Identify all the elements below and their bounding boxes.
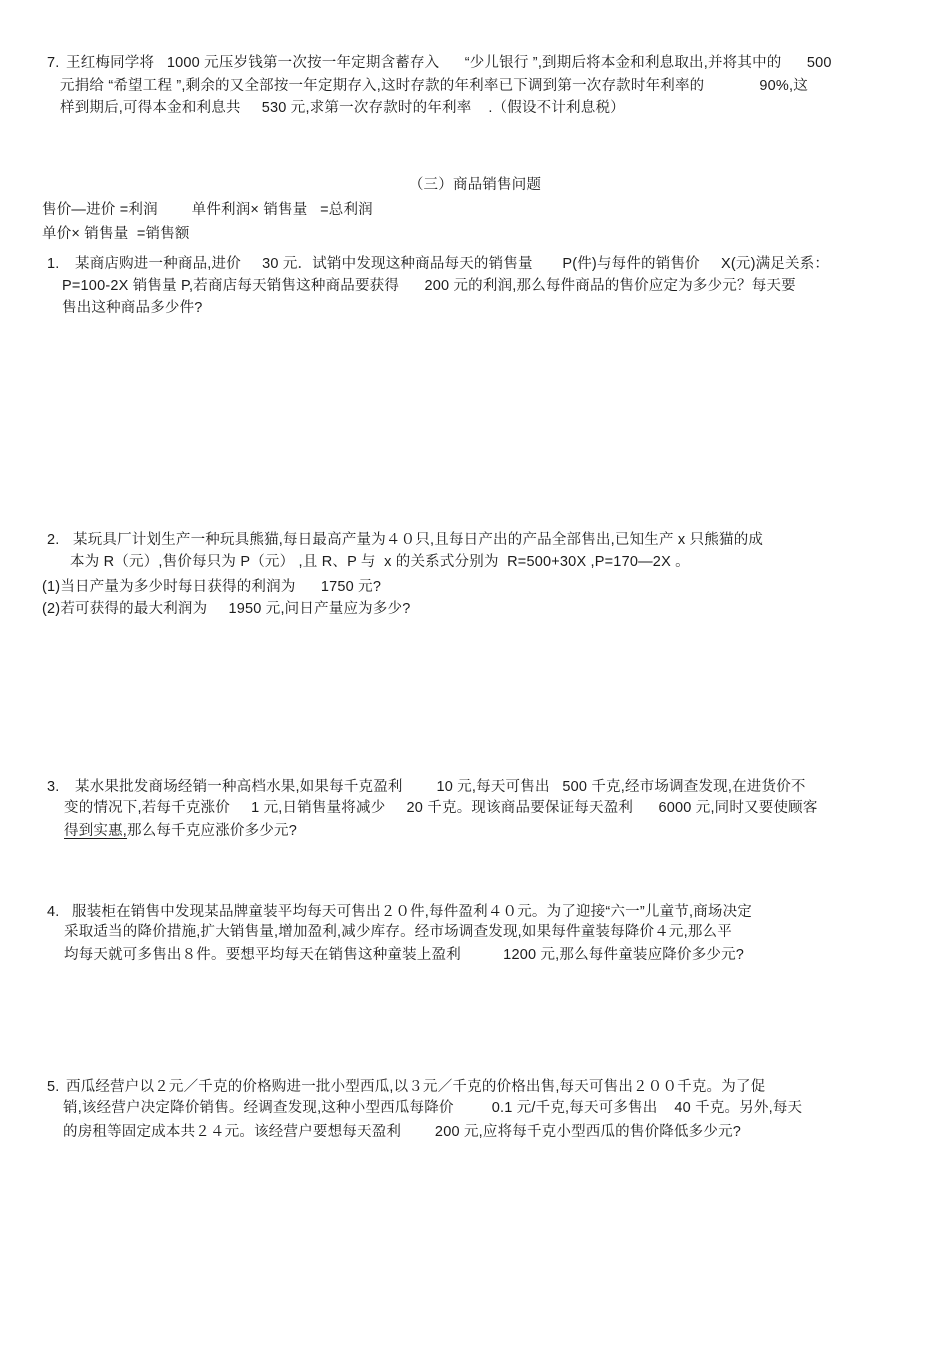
problem-1-line-3: 售出这种商品多少件? [62,297,203,319]
problem-1-line-2: P=100-2X 销售量 P,若商店每天销售这种商品要获得 200 元的利润,那… [62,275,796,297]
problem-7-line-3: 样到期后,可得本金和利息共 530 元,求第一次存款时的年利率 .（假设不计利息… [60,97,625,119]
problem-1-line-1: 某商店购进一种商品,进价 30 元．试销中发现这种商品每天的销售量 P(件)与每… [75,253,829,275]
problem-3-line-2: 变的情况下,若每千克涨价 1 元,日销售量将减少 20 千克。现该商品要保证每天… [64,797,818,819]
problem-3-line-3: 得到实惠,那么每千克应涨价多少元? [64,820,297,842]
formula-line-1: 售价—进价 =利润 单件利润× 销售量 =总利润 [42,199,373,221]
problem-4-line-2: 采取适当的降价措施,扩大销售量,增加盈利,减少库存。经市场调查发现,如果每件童装… [64,921,732,943]
problem-2-line-2: 本为 R（元）,售价每只为 P（元） ,且 R、P 与 x 的关系式分别为 R=… [70,551,690,573]
problem-7-line-1: 王红梅同学将 1000 元压岁钱第一次按一年定期含蓄存入 “少儿银行 ”,到期后… [66,52,832,74]
problem-5-number: 5. [47,1076,60,1098]
problem-5-line-1: 西瓜经营户以２元／千克的价格购进一批小型西瓜,以３元／千克的价格出售,每天可售出… [66,1076,765,1098]
problem-3-line-1: 某水果批发商场经销一种高档水果,如果每千克盈利 10 元,每天可售出 500 千… [75,776,806,798]
section-title: （三）商品销售问题 [0,174,950,196]
problem-3-line-3-rest: 那么每千克应涨价多少元? [127,823,297,839]
problem-5-line-3: 的房租等固定成本共２４元。该经营户要想每天盈利 200 元,应将每千克小型西瓜的… [63,1121,741,1143]
problem-2-subquestion-1: (1)当日产量为多少时每日获得的利润为 1750 元? [42,576,381,598]
worksheet-page: 7. 王红梅同学将 1000 元压岁钱第一次按一年定期含蓄存入 “少儿银行 ”,… [0,0,950,1346]
problem-2-subquestion-2: (2)若可获得的最大利润为 1950 元,问日产量应为多少? [42,598,411,620]
problem-1-number: 1. [47,253,60,275]
problem-2-number: 2. [47,529,60,551]
formula-line-2: 单价× 销售量 =销售额 [42,223,190,245]
problem-2-line-1: 某玩具厂计划生产一种玩具熊猫,每日最高产量为４０只,且每日产出的产品全部售出,已… [73,529,763,551]
problem-7-line-2: 元捐给 “希望工程 ”,剩余的又全部按一年定期存入,这时存款的年利率已下调到第一… [60,75,808,97]
problem-7-number: 7. [47,52,60,74]
problem-3-number: 3. [47,776,60,798]
problem-4-line-1: 服装柜在销售中发现某品牌童装平均每天可售出２０件,每件盈利４０元。为了迎接“六一… [72,901,752,923]
problem-5-line-2: 销,该经营户决定降价销售。经调查发现,这种小型西瓜每降价 0.1 元/千克,每天… [63,1097,802,1119]
problem-4-number: 4. [47,901,60,923]
underlined-phrase: 得到实惠, [64,823,127,839]
problem-4-line-3: 均每天就可多售出８件。要想平均每天在销售这种童装上盈利 1200 元,那么每件童… [64,944,744,966]
